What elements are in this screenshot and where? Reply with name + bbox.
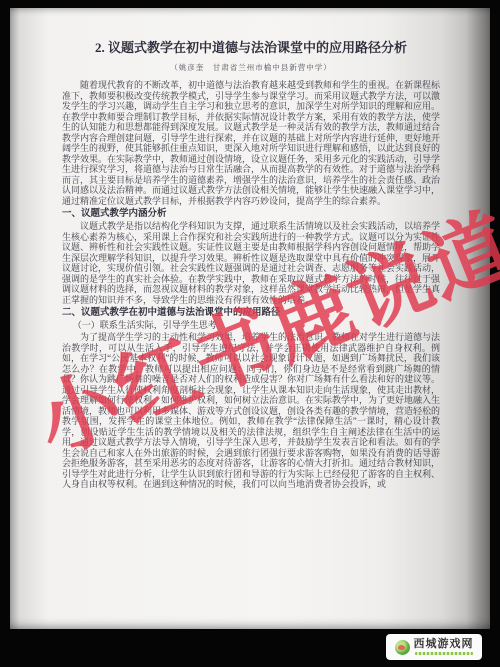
site-badge-subtext-bar xyxy=(415,652,473,655)
article-title: 2. 议题式教学在初中道德与法治课堂中的应用路径分析 xyxy=(62,40,440,56)
photo-border-left xyxy=(0,0,10,667)
section2-heading: 二、议题式教学在初中道德与法治课堂中的应用路径 xyxy=(62,307,440,319)
section2-paragraph: 为了提高学生学习的主动性和学习效果，培养学生的法治意识，教师在对学生进行道德与法… xyxy=(62,332,440,490)
section2-subheading: （一）联系生活实际，引导学生思考 xyxy=(62,320,440,331)
photo-border-right xyxy=(490,0,500,667)
article-byline: （姚彦奎 甘肃省兰州市榆中县新营中学） xyxy=(62,62,440,73)
section1-paragraph: 议题式教学是指以结构化学科知识为支撑，通过联系生活情境以及社会实践活动，以培养学… xyxy=(62,221,440,305)
site-badge-label: 西城游戏网 xyxy=(414,639,474,650)
site-badge: 西城游戏网 xyxy=(386,634,482,660)
photo-border-top xyxy=(0,0,500,8)
section1-heading: 一、议题式教学内涵分析 xyxy=(62,208,440,220)
document-page: 2. 议题式教学在初中道德与法治课堂中的应用路径分析 （姚彦奎 甘肃省兰州市榆中… xyxy=(10,8,490,629)
document-content: 2. 议题式教学在初中道德与法治课堂中的应用路径分析 （姚彦奎 甘肃省兰州市榆中… xyxy=(62,32,440,490)
intro-paragraph: 随着现代教育的不断改革，初中道德与法治教育越来越受到教师和学生的重视。在新课程标… xyxy=(62,80,440,206)
watermelon-icon xyxy=(395,640,410,655)
